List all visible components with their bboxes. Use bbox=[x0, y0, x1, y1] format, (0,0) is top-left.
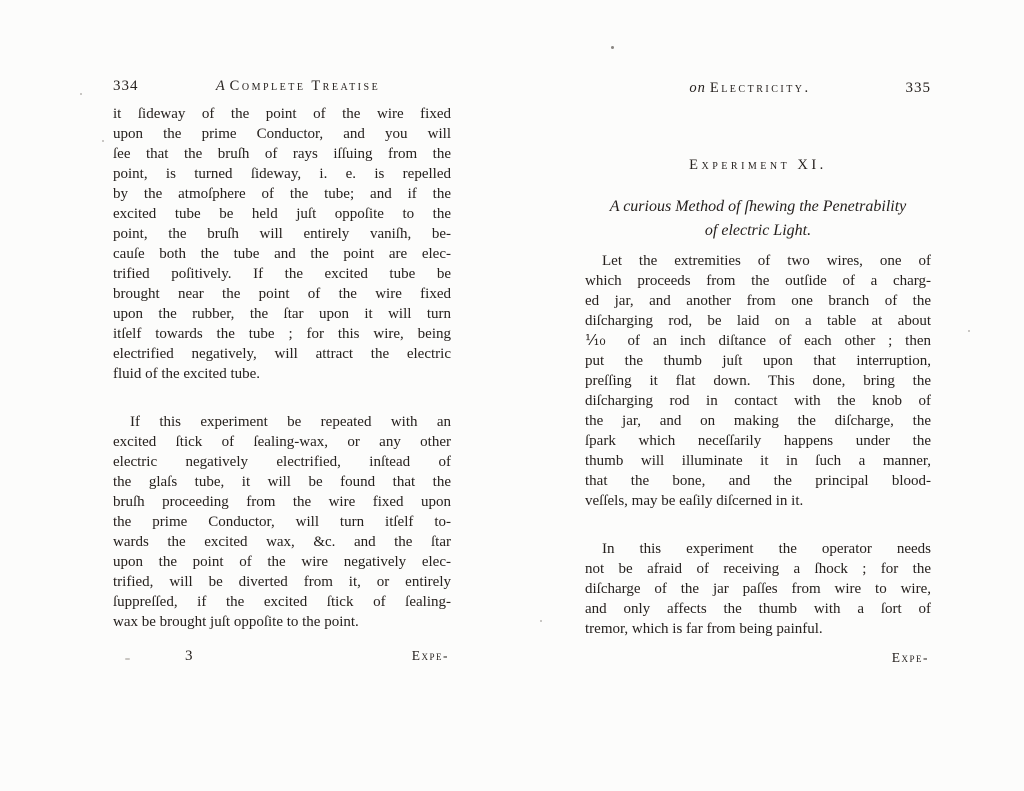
scan-speck bbox=[611, 46, 614, 49]
paragraph: it ſideway of the point of the wire fixe… bbox=[113, 104, 451, 384]
text-line: put the thumb juſt upon that interruptio… bbox=[585, 351, 931, 371]
text-line: trified, will be diverted from it, or en… bbox=[113, 572, 451, 592]
text-line: tremor, which is far from being painful. bbox=[585, 619, 931, 639]
text-line: trified poſitively. If the excited tube … bbox=[113, 264, 451, 284]
text-line: If this experiment be repeated with an bbox=[113, 412, 451, 432]
scan-speck bbox=[80, 93, 82, 95]
text-line: upon the point of the wire negatively el… bbox=[113, 552, 451, 572]
text-line: by the atmoſphere of the tube; and if th… bbox=[113, 184, 451, 204]
text-line: brought near the point of the wire fixed bbox=[113, 284, 451, 304]
right-running-title: onElectricity. bbox=[615, 80, 885, 97]
text-line: point, is turned ſideway, i. e. is repel… bbox=[113, 164, 451, 184]
text-line: preſſing it flat down. This done, bring … bbox=[585, 371, 931, 391]
scan-speck bbox=[968, 330, 970, 332]
text-line: diſcharge of the jar paſſes from wire to… bbox=[585, 579, 931, 599]
text-line: wards the excited wax, &c. and the ſtar bbox=[113, 532, 451, 552]
text-line: veſſels, may be eaſily diſcerned in it. bbox=[585, 491, 931, 511]
text-line: bruſh proceeding from the wire fixed upo… bbox=[113, 492, 451, 512]
text-line: that the bone, and the principal blood- bbox=[585, 471, 931, 491]
book-scan-spread: 334 AComplete Treatise it ſideway of the… bbox=[0, 0, 1024, 791]
text-line: the glaſs tube, it will be found that th… bbox=[113, 472, 451, 492]
text-line: point, the bruſh will entirely vaniſh, b… bbox=[113, 224, 451, 244]
text-line: excited ſtick of ſealing-wax, or any oth… bbox=[113, 432, 451, 452]
left-page-foot: 3 Expe- bbox=[113, 648, 451, 668]
paragraph: If this experiment be repeated with anex… bbox=[113, 412, 451, 632]
running-title-text: Complete Treatise bbox=[230, 78, 381, 94]
text-line: wax be brought juſt oppoſite to the poin… bbox=[113, 612, 451, 632]
section-subtitle: A curious Method of ſhewing the Penetrab… bbox=[585, 195, 931, 243]
text-line: cauſe both the tube and the point are el… bbox=[113, 244, 451, 264]
left-page: 334 AComplete Treatise it ſideway of the… bbox=[113, 78, 451, 678]
right-running-head: onElectricity. 335 bbox=[585, 80, 931, 98]
text-line: which proceeds from the outſide of a cha… bbox=[585, 271, 931, 291]
right-page-number: 335 bbox=[885, 80, 931, 97]
text-line: ⅒ of an inch diſtance of each other ; th… bbox=[585, 331, 931, 351]
text-line: electrified negatively, will attract the… bbox=[113, 344, 451, 364]
text-line: electric negatively electrified, inſtead… bbox=[113, 452, 451, 472]
text-line: ſuppreſſed, if the excited ſtick of ſeal… bbox=[113, 592, 451, 612]
scan-speck bbox=[540, 620, 542, 622]
text-line: upon the rubber, the ſtar upon it will t… bbox=[113, 304, 451, 324]
text-line: it ſideway of the point of the wire fixe… bbox=[113, 104, 451, 124]
text-line: and only affects the thumb with a ſort o… bbox=[585, 599, 931, 619]
text-line: of electric Light. bbox=[585, 219, 931, 243]
text-line: not be afraid of receiving a ſhock ; for… bbox=[585, 559, 931, 579]
paragraph: In this experiment the operator needsnot… bbox=[585, 539, 931, 639]
text-line: Let the extremities of two wires, one of bbox=[585, 251, 931, 271]
catchword: Expe- bbox=[412, 648, 449, 664]
text-line: In this experiment the operator needs bbox=[585, 539, 931, 559]
text-line: fluid of the excited tube. bbox=[113, 364, 451, 384]
left-running-title: AComplete Treatise bbox=[159, 78, 437, 95]
section-heading: Experiment XI. bbox=[585, 156, 931, 175]
text-line: the prime Conductor, will turn itſelf to… bbox=[113, 512, 451, 532]
right-body-text: Let the extremities of two wires, one of… bbox=[585, 251, 931, 639]
text-line: the jar, and on making the diſcharge, th… bbox=[585, 411, 931, 431]
right-page-foot: Expe- bbox=[585, 650, 931, 670]
text-line: ed jar, and another from one branch of t… bbox=[585, 291, 931, 311]
text-line: itſelf towards the tube ; for this wire,… bbox=[113, 324, 451, 344]
text-line: excited tube be held juſt oppoſite to th… bbox=[113, 204, 451, 224]
text-line: ſpark which neceſſarily happens under th… bbox=[585, 431, 931, 451]
signature-mark: 3 bbox=[185, 648, 193, 665]
running-title-prefix: on bbox=[689, 80, 706, 96]
left-running-head: 334 AComplete Treatise bbox=[113, 78, 451, 96]
running-title-prefix: A bbox=[216, 78, 226, 94]
catchword: Expe- bbox=[892, 650, 929, 666]
paragraph: Let the extremities of two wires, one of… bbox=[585, 251, 931, 511]
text-line: A curious Method of ſhewing the Penetrab… bbox=[585, 195, 931, 219]
running-title-text: Electricity. bbox=[710, 80, 811, 96]
right-page: onElectricity. 335 Experiment XI. A curi… bbox=[585, 80, 931, 680]
text-line: upon the prime Conductor, and you will bbox=[113, 124, 451, 144]
left-body-text: it ſideway of the point of the wire fixe… bbox=[113, 104, 451, 632]
text-line: diſcharging rod, be laid on a table at a… bbox=[585, 311, 931, 331]
text-line: thumb will illuminate it in ſuch a manne… bbox=[585, 451, 931, 471]
text-line: ſee that the bruſh of rays iſſuing from … bbox=[113, 144, 451, 164]
left-page-number: 334 bbox=[113, 78, 159, 95]
scan-speck bbox=[102, 140, 104, 142]
text-line: diſcharging rod in contact with the knob… bbox=[585, 391, 931, 411]
